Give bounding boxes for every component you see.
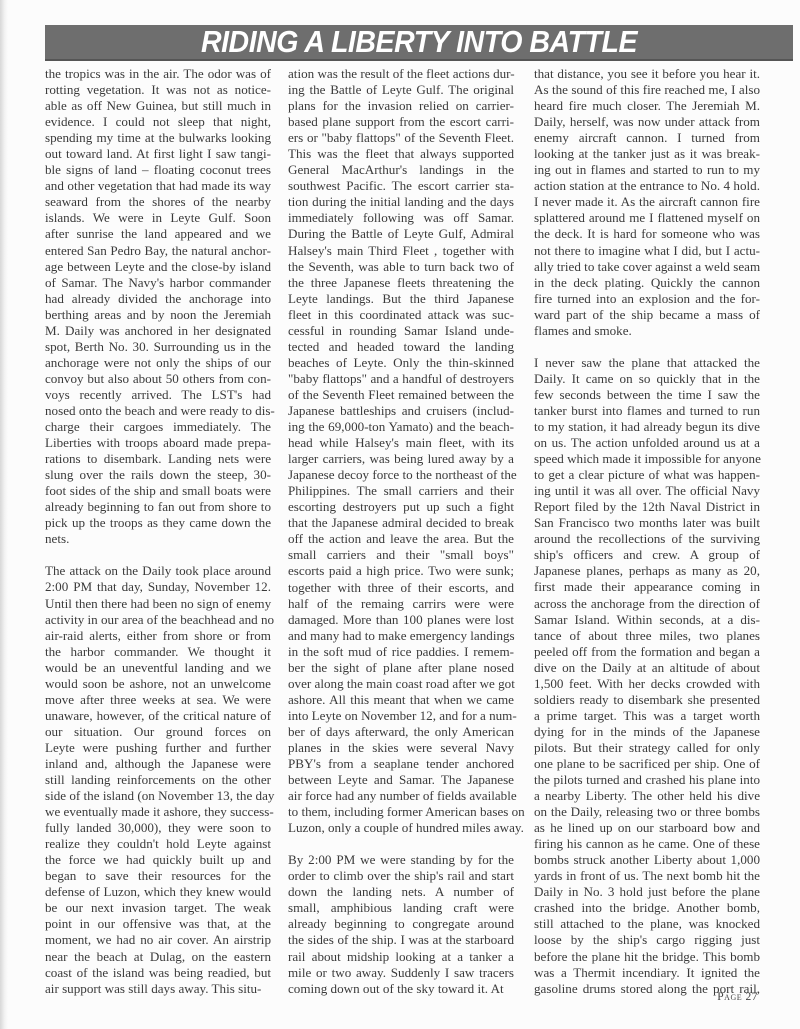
text-line: and other vegetation that had made its w… (45, 178, 271, 194)
text-line: after sunrise the land appeared and we (45, 226, 271, 242)
text-line: soldiers ready to disembark she presente… (534, 692, 760, 708)
text-line: not there to imagine what I did, but I a… (534, 243, 760, 259)
text-line: few seconds between the time I saw the (534, 387, 760, 403)
text-line: realize they couldn't hold Leyte against (45, 836, 271, 852)
text-line: Daily in No. 3 hold just before the plan… (534, 884, 760, 900)
text-line: and many had to make emergency landings (288, 628, 514, 644)
text-line: Report filed by the 12th Naval District … (534, 499, 760, 515)
text-line: mile or two away. Suddenly I saw tracers (288, 965, 514, 981)
text-line: ation was the result of the fleet action… (288, 66, 514, 82)
text-line: pilots. But their strategy called for on… (534, 740, 760, 756)
text-line: of Samar. The Navy's harbor commander (45, 275, 271, 291)
text-line: ing the Battle of Leyte Gulf. The origin… (288, 82, 514, 98)
text-line: small carriers and their "small boys" (288, 547, 514, 563)
text-line: 2:00 PM that day, Sunday, November 12. (45, 579, 271, 595)
text-line: Japanese decoy force to the northeast of… (288, 467, 514, 483)
text-line: firing his cannon as he came. One of the… (534, 836, 760, 852)
text-line: San Francisco two months later was built (534, 515, 760, 531)
text-line: across the anchorage from the direction … (534, 596, 760, 612)
text-line: to my station, it had already begun its … (534, 419, 760, 435)
text-line: on us. The action unfolded around us at … (534, 435, 760, 451)
text-line: ers or "baby flattops" of the Seventh Fl… (288, 130, 514, 146)
text-line: ble signs of land – floating coconut tre… (45, 162, 271, 178)
text-line: a nearby Liberty. The other held his div… (534, 788, 760, 804)
text-line: still landing reinforcements on the othe… (45, 772, 271, 788)
text-line: ing out in flames and started to run to … (534, 162, 760, 178)
text-line: air-raid alerts, either from shore or fr… (45, 628, 271, 644)
text-line: tanker burst into flames and turned to r… (534, 403, 760, 419)
text-line: General MacArthur's landings in the (288, 162, 514, 178)
text-line: plans for the invasion relied on carrier… (288, 98, 514, 114)
text-line: fully landed 30,000), they were soon to (45, 820, 271, 836)
text-line: flames and smoke. (534, 323, 760, 339)
text-line: yards in front of us. The next bomb hit … (534, 868, 760, 884)
text-line: as he lined up on our starboard bow and (534, 820, 760, 836)
text-line: seaward from the shores of the nearby (45, 194, 271, 210)
text-line: damaged. More than 100 planes were lost (288, 612, 514, 628)
text-line: enemy aircraft cannon. I turned from (534, 130, 760, 146)
text-line: bombs struck another Liberty about 1,000 (534, 852, 760, 868)
text-line: was a Thermit incendiary. It ignited the (534, 965, 760, 981)
text-line: over along the main coast road after we … (288, 676, 514, 692)
text-column-3: that distance, you see it before you hea… (534, 66, 760, 1013)
text-line: fire turned into an explosion and the fo… (534, 291, 760, 307)
text-line: Halsey's main Third Fleet , together wit… (288, 243, 514, 259)
text-line: ally tried to take cover against a weld … (534, 259, 760, 275)
text-line: be our next invasion target. The weak (45, 900, 271, 916)
text-line: side of the island (on November 13, the … (45, 788, 271, 804)
text-line: Leyte landings. But the third Japanese (288, 291, 514, 307)
text-line: Japanese battleships and cruisers (inclu… (288, 403, 514, 419)
text-line: nosed onto the beach and were ready to d… (45, 403, 271, 419)
text-line: air force had any number of fields avail… (288, 788, 514, 804)
text-line: would be an uneventful landing and we (45, 660, 271, 676)
text-line: on the Daily, releasing two or three bom… (534, 804, 760, 820)
text-line: rail about midship looking at a tanker a (288, 949, 514, 965)
text-line: point in our offensive was that, at the (45, 916, 271, 932)
text-line: action station at the entrance to No. 4 … (534, 178, 760, 194)
text-line: Luzon, only a couple of hundred miles aw… (288, 820, 514, 836)
text-line: the Seventh, was able to turn back two o… (288, 259, 514, 275)
text-line: head while Halsey's main fleet, with its (288, 435, 514, 451)
text-line: By 2:00 PM we were standing by for the (288, 852, 514, 868)
text-line: Daily, herself, was now under attack fro… (534, 114, 760, 130)
text-line: move after three weeks at sea. We were (45, 692, 271, 708)
paragraph: I never saw the plane that attacked theD… (534, 355, 760, 997)
text-line: peeled off from the formation and began … (534, 644, 760, 660)
text-line: Samar Island. Within seconds, at a dis- (534, 612, 760, 628)
text-line: evidence. I could not sleep that night, (45, 114, 271, 130)
text-line: tion during the initial landing and the … (288, 194, 514, 210)
text-line: I never saw the plane that attacked the (534, 355, 760, 371)
text-line: the pilots turned and crashed his plane … (534, 772, 760, 788)
text-line: convoy but also about 50 others from con… (45, 371, 271, 387)
text-line: to get a clear picture of what was happe… (534, 467, 760, 483)
text-line: already beginning to congregate around (288, 916, 514, 932)
text-line: The attack on the Daily took place aroun… (45, 563, 271, 579)
text-line: M. Daily was anchored in her designated (45, 323, 271, 339)
text-line: charge their cargoes immediately. The (45, 419, 271, 435)
text-line: ing until it was all over. The official … (534, 483, 760, 499)
text-line: beaches of Leyte. Only the thin-skinned (288, 355, 514, 371)
text-column-1: the tropics was in the air. The odor was… (45, 66, 271, 1013)
text-line: looking at the tanker just as it was bre… (534, 146, 760, 162)
page-edge-shadow (0, 0, 8, 1029)
text-line: islands. We were in Leyte Gulf. Soon (45, 210, 271, 226)
text-line: unaware, however, of the critical nature… (45, 708, 271, 724)
text-line: slung over the rails down the steep, 30- (45, 467, 271, 483)
text-line: that the Japanese admiral decided to bre… (288, 515, 514, 531)
text-line: down the landing nets. A number of (288, 884, 514, 900)
text-line: air support was still days away. This si… (45, 981, 271, 997)
text-line: voys recently arrived. The LST's had (45, 387, 271, 403)
text-line: one plane to be sacrificed per ship. One… (534, 756, 760, 772)
text-line: our situation. Our ground forces on (45, 724, 271, 740)
text-line: the force we had quickly built up and (45, 852, 271, 868)
text-line: activity in our area of the beachhead an… (45, 612, 271, 628)
paragraph: that distance, you see it before you hea… (534, 66, 760, 339)
text-line: a prime target. This was a target worth (534, 708, 760, 724)
text-line: ward part of the ship became a mass of (534, 307, 760, 323)
text-line: escorts paid a high price. Two were sunk… (288, 563, 514, 579)
text-column-2: ation was the result of the fleet action… (288, 66, 514, 1013)
text-line: rotting vegetation. It was not as notice… (45, 82, 271, 98)
text-line: ber of days afterward, the only American (288, 724, 514, 740)
text-line: ing the 69,000-ton Yamato) and the beach… (288, 419, 514, 435)
article-title-banner: RIDING A LIBERTY INTO BATTLE (45, 25, 793, 61)
text-line: immediately following was off Samar. (288, 210, 514, 226)
text-line: still attached to the plane, was knocked (534, 916, 760, 932)
text-line: dying for in the minds of the Japanese (534, 724, 760, 740)
text-line: the deck. It is hard for someone who was (534, 226, 760, 242)
text-line: off the action and leave the area. But t… (288, 531, 514, 547)
text-line: near the beach at Dulag, on the eastern (45, 949, 271, 965)
text-line: before the plane hit the bridge. This bo… (534, 949, 760, 965)
text-line: crashed into the bridge. Another bomb, (534, 900, 760, 916)
text-line: to them, including former American bases… (288, 804, 514, 820)
text-line: Philippines. The small carriers and thei… (288, 483, 514, 499)
paragraph: The attack on the Daily took place aroun… (45, 563, 271, 996)
text-line: began to save their resources for the (45, 868, 271, 884)
text-line: around the recollections of the survivin… (534, 531, 760, 547)
text-line: the tropics was in the air. The odor was… (45, 66, 271, 82)
text-line: moment, we had no air cover. An airstrip (45, 932, 271, 948)
text-line: between Leyte and Samar. The Japanese (288, 772, 514, 788)
paragraph: the tropics was in the air. The odor was… (45, 66, 271, 547)
text-line: Leyte were pushing further and further (45, 740, 271, 756)
text-line: first made their appearance coming in (534, 579, 760, 595)
text-line: Daily. It came on so quickly that in the (534, 371, 760, 387)
text-line: 1,500 feet. With her decks crowded with (534, 676, 760, 692)
text-line: larger carriers, was being lured away by… (288, 451, 514, 467)
text-line: coming down out of the sky toward it. At (288, 981, 514, 997)
text-line: dive on the Daily at an altitude of abou… (534, 660, 760, 676)
text-line: had already divided the anchorage into (45, 291, 271, 307)
text-line: This was the fleet that always supported (288, 146, 514, 162)
text-line: together with three of their escorts, an… (288, 580, 514, 596)
text-line: fleet in this coordinated attack was suc… (288, 307, 514, 323)
text-line: out toward land. At first light I saw ta… (45, 146, 271, 162)
text-line: coast of the island was being readied, b… (45, 965, 271, 981)
text-line: ashore. All this meant that when we came (288, 692, 514, 708)
text-line: speed which made it impossible for anyon… (534, 451, 760, 467)
text-line: heard fire much closer. The Jeremiah M. (534, 98, 760, 114)
text-line: the three Japanese fleets threatening th… (288, 275, 514, 291)
text-line: Japanese planes, perhaps as many as 20, (534, 563, 760, 579)
text-line: anchorage were not only the ships of our (45, 355, 271, 371)
text-line: escorting destroyers put up such a fight (288, 499, 514, 515)
text-line: small, amphibious landing craft were (288, 900, 514, 916)
text-line: we eventually made it ashore, they succe… (45, 804, 271, 820)
text-line: in the soft mud of rice paddies. I remem… (288, 644, 514, 660)
text-line: loose by the ship's cargo rigging just (534, 932, 760, 948)
paragraph: ation was the result of the fleet action… (288, 66, 514, 836)
text-line: planes in the skies were several Navy (288, 740, 514, 756)
text-line: rations to disembark. Landing nets were (45, 451, 271, 467)
text-line: the sides of the ship. I was at the star… (288, 932, 514, 948)
text-line: would soon be ashore, not an unwelcome (45, 676, 271, 692)
text-line: PBY's from a seaplane tender anchored (288, 756, 514, 772)
text-line: order to climb over the ship's rail and … (288, 868, 514, 884)
text-line: inland and, although the Japanese were (45, 756, 271, 772)
text-line: tance of about three miles, two planes (534, 628, 760, 644)
text-line: southwest Pacific. The escort carrier st… (288, 178, 514, 194)
text-line: defense of Luzon, which they knew would (45, 884, 271, 900)
text-line: ship's officers and crew. A group of (534, 547, 760, 563)
article-title: RIDING A LIBERTY INTO BATTLE (201, 24, 637, 60)
text-line: the harbor commander. We thought it (45, 644, 271, 660)
text-line: "baby flattops" and a handful of destroy… (288, 371, 514, 387)
text-line: in the deck plating. Quickly the cannon (534, 275, 760, 291)
text-line: able as off New Guinea, but still much i… (45, 98, 271, 114)
text-line: As the sound of this fire reached me, I … (534, 82, 760, 98)
text-line: into Leyte on November 12, and for a num… (288, 708, 514, 724)
text-line: age between Leyte and the close-by islan… (45, 259, 271, 275)
text-line: of the Seventh Fleet remained between th… (288, 387, 514, 403)
text-line: foot sides of the ship and small boats w… (45, 483, 271, 499)
text-line: Liberties with troops aboard made prepa- (45, 435, 271, 451)
text-line: already beginning to fan out from shore … (45, 499, 271, 515)
paragraph: By 2:00 PM we were standing by for theor… (288, 852, 514, 996)
text-line: spending my time at the bulwarks looking (45, 130, 271, 146)
text-line: that distance, you see it before you hea… (534, 66, 760, 82)
text-line: spot, Berth No. 30. Surrounding us in th… (45, 339, 271, 355)
text-line: tected and headed toward the landing (288, 339, 514, 355)
text-line: pick up the troops as they came down the (45, 515, 271, 531)
text-line: half of the remaing carrirs were were (288, 596, 514, 612)
text-line: I never made it. As the aircraft cannon … (534, 194, 760, 210)
text-line: During the Battle of Leyte Gulf, Admiral (288, 226, 514, 242)
text-line: nets. (45, 531, 271, 547)
page-number: Page 27 (717, 991, 758, 1003)
text-line: berthing areas and by noon the Jeremiah (45, 307, 271, 323)
text-line: entered San Pedro Bay, the natural ancho… (45, 243, 271, 259)
text-line: Until then there had been no sign of ene… (45, 596, 271, 612)
text-line: based plane support from the escort carr… (288, 114, 514, 130)
text-line: ber the sight of plane after plane nosed (288, 660, 514, 676)
text-line: cessful in rounding Samar Island unde- (288, 323, 514, 339)
text-line: splattered around me I flattened myself … (534, 210, 760, 226)
